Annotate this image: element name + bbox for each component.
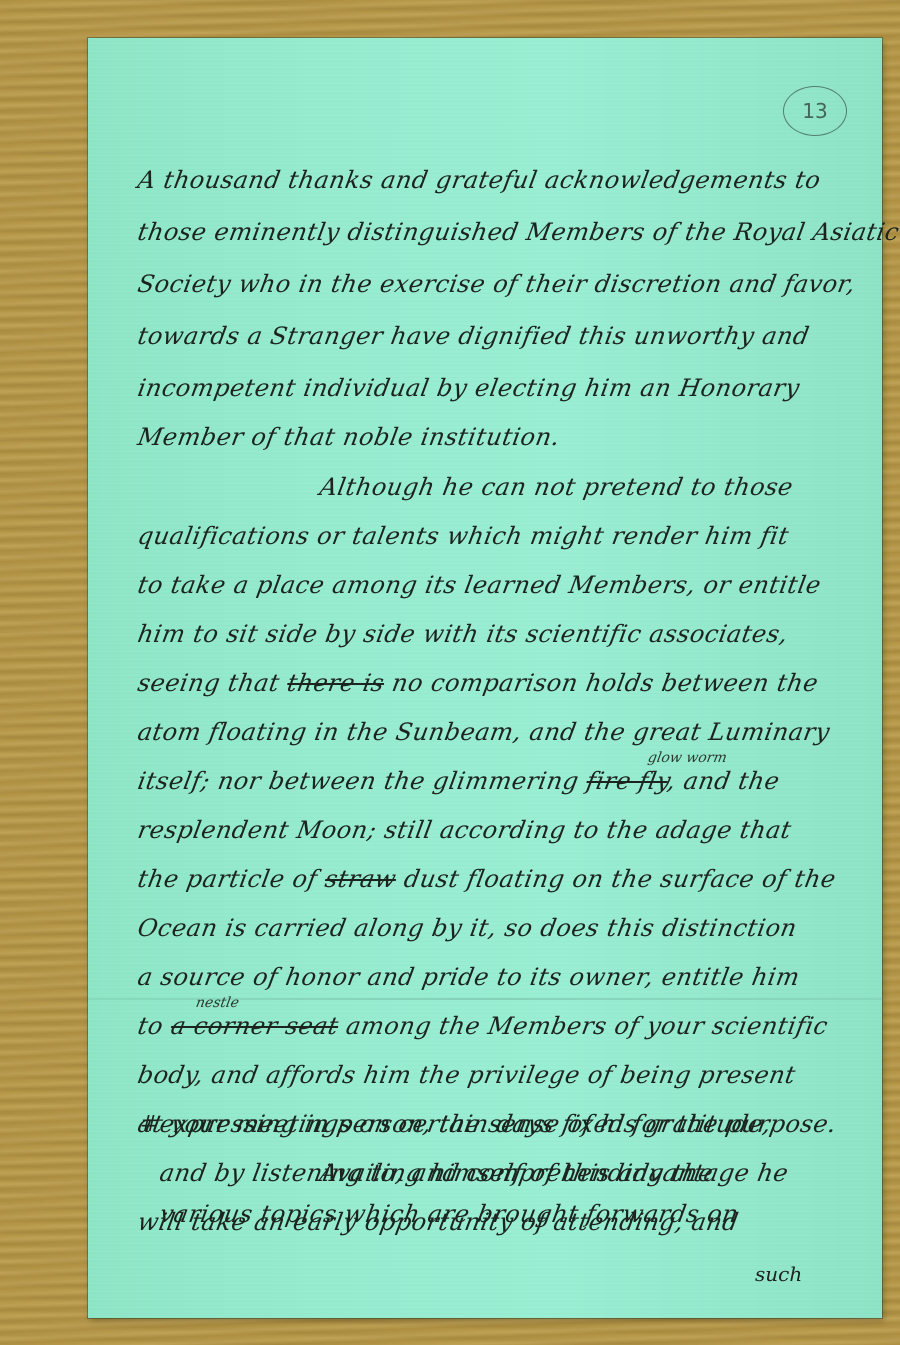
text-segment: seeing that bbox=[136, 669, 290, 697]
manuscript-line: atom floating in the Sunbeam, and the gr… bbox=[136, 718, 881, 746]
folio-number-circle: 13 bbox=[783, 86, 847, 136]
manuscript-line: Although he can not pretend to those bbox=[318, 473, 900, 501]
interlinear-insertion: nestle bbox=[195, 995, 241, 1011]
text-segment: the particle of bbox=[136, 865, 328, 893]
folio-number: 13 bbox=[802, 99, 827, 123]
manuscript-line: incompetent individual by electing him a… bbox=[136, 374, 881, 402]
struck-text: a corner seat bbox=[169, 1012, 341, 1040]
text-segment: , and the bbox=[665, 767, 782, 795]
manuscript-line: body, and affords him the privilege of b… bbox=[136, 1061, 881, 1089]
manuscript-line: Ocean is carried along by it, so does th… bbox=[136, 914, 881, 942]
text-segment: to bbox=[136, 1012, 174, 1040]
manuscript-line: and by listening to, and comprehending t… bbox=[158, 1159, 900, 1187]
manuscript-line: Society who in the exercise of their dis… bbox=[136, 270, 881, 298]
manuscript-line: A thousand thanks and grateful acknowled… bbox=[136, 166, 881, 194]
manuscript-line: him to sit side by side with its scienti… bbox=[136, 620, 881, 648]
text-segment: no comparison holds between the bbox=[382, 669, 821, 697]
struck-text: straw bbox=[323, 865, 399, 893]
catchword: such bbox=[755, 1262, 802, 1286]
manuscript-line: Member of that noble institution. bbox=[136, 423, 881, 451]
interlinear-insertion: glow worm bbox=[647, 750, 729, 766]
manuscript-line: to a corner seat among the Members of yo… bbox=[136, 1012, 881, 1040]
manuscript-line: itself; nor between the glimmering fire … bbox=[136, 767, 881, 795]
text-segment: itself; nor between the glimmering bbox=[136, 767, 590, 795]
text-segment: among the Members of your scientific bbox=[336, 1012, 830, 1040]
manuscript-line: towards a Stranger have dignified this u… bbox=[136, 322, 881, 350]
manuscript-line: to take a place among its learned Member… bbox=[136, 571, 881, 599]
manuscript-line: the particle of straw dust floating on t… bbox=[136, 865, 881, 893]
manuscript-line: a source of honor and pride to its owner… bbox=[136, 963, 881, 991]
struck-text: fire fly bbox=[584, 767, 670, 795]
manuscript-line: those eminently distinguished Members of… bbox=[136, 218, 881, 246]
text-segment: dust floating on the surface of the bbox=[394, 865, 839, 893]
manuscript-line: expressing in person, the sense of his g… bbox=[158, 1110, 900, 1138]
manuscript-line: seeing that there is no comparison holds… bbox=[136, 669, 881, 697]
manuscript-line: qualifications or talents which might re… bbox=[136, 522, 881, 550]
margin-hash-mark: # bbox=[140, 1112, 158, 1137]
manuscript-line: various topics which are brought forward… bbox=[158, 1200, 900, 1228]
manuscript-line: resplendent Moon; still according to the… bbox=[136, 816, 881, 844]
struck-text: there is bbox=[285, 669, 387, 697]
